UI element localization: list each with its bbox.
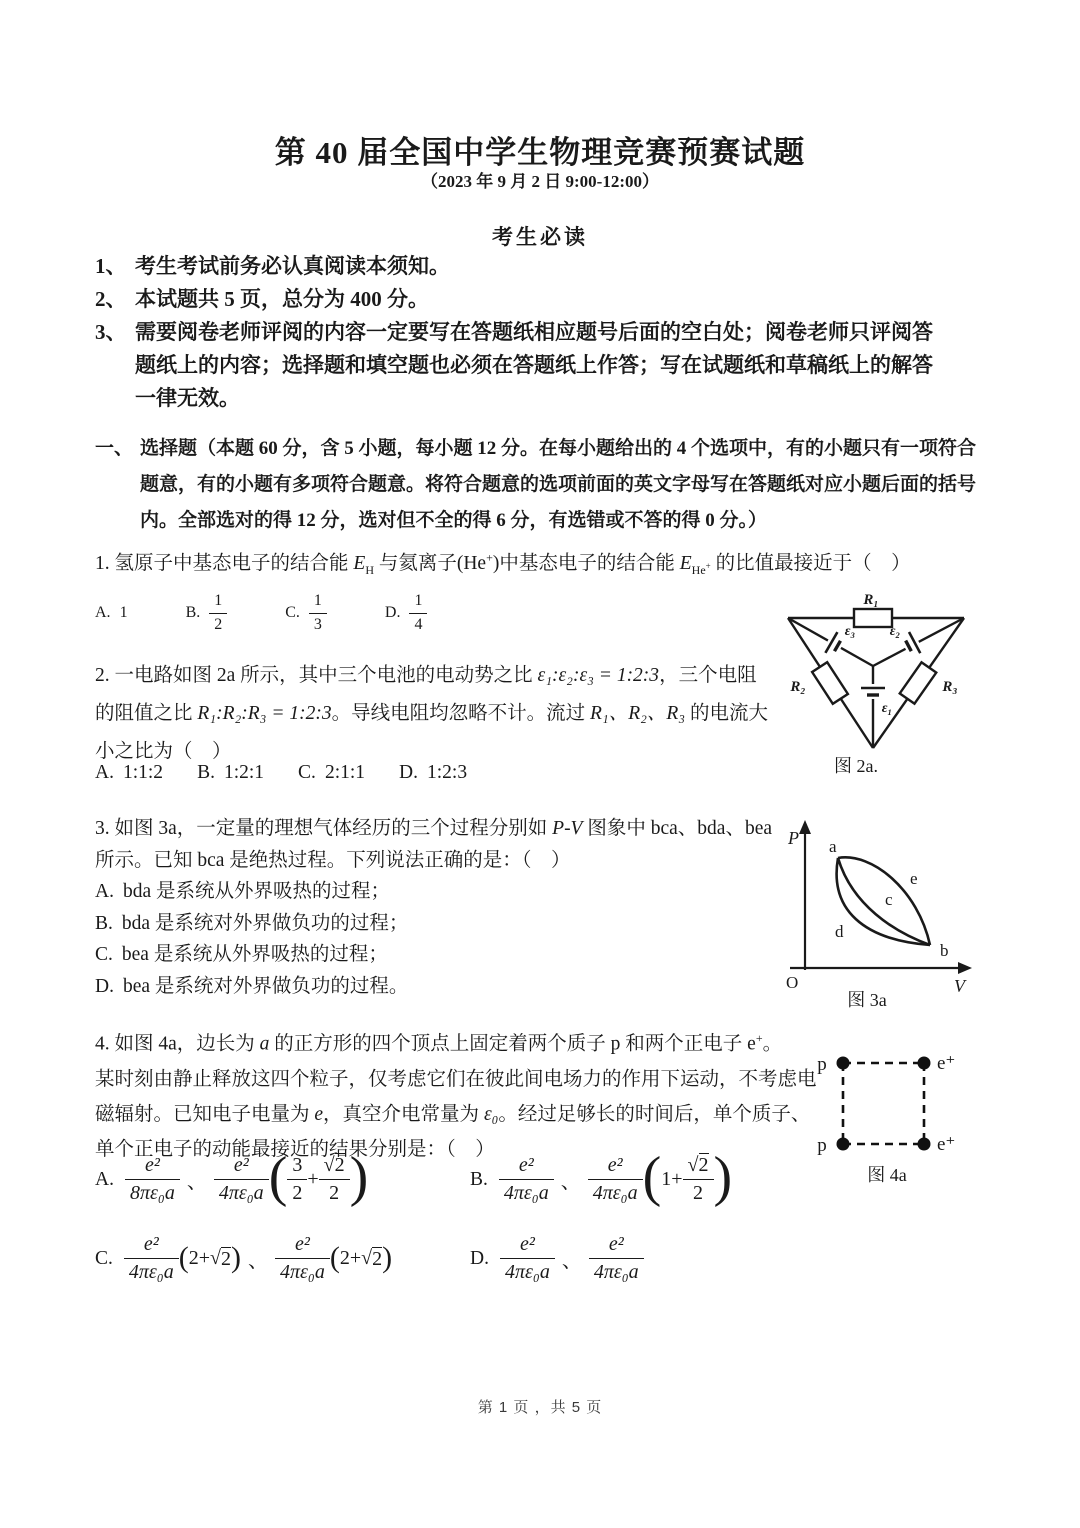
fraction-denominator: 4πε₀a [124, 1258, 179, 1283]
fraction-numerator: e² [589, 1234, 644, 1258]
option-label: C. [95, 944, 113, 965]
option-label: A. [95, 881, 114, 902]
question-1-text: 1. 氢原子中基态电子的结合能 [95, 553, 353, 574]
radical-sign: √ [688, 1154, 699, 1176]
option-label: D. [470, 1248, 489, 1270]
proton-dot [837, 1057, 850, 1070]
paren-prefix: 2+ [340, 1247, 361, 1270]
radical-argument: 2 [372, 1247, 382, 1271]
label-r3: R₃ [941, 679, 957, 695]
radical-argument: 2 [699, 1153, 709, 1176]
fraction-numerator: e² [500, 1234, 555, 1258]
fraction-numerator: 1 [409, 593, 427, 613]
resistor-r1-symbol [854, 609, 892, 627]
option-text: bea 是系统从外界吸热的过程； [122, 944, 388, 965]
positron-dot [918, 1057, 931, 1070]
fraction-denominator: 4 [409, 613, 427, 634]
question-2-options: A.1:1:2 B.1:2:1 C.2:1:1 D.1:2:3 [95, 762, 467, 784]
option-value: 2:1:1 [325, 762, 365, 783]
fraction-denominator: 4πε₀a [499, 1179, 554, 1204]
question-4-text: 某时刻由静止释放这四个粒子，仅考虑它们在彼此间电场力的作用下运动，不考虑电 [95, 1062, 817, 1097]
question-4-text: 。经过足够长的时间后，单个质子、 [498, 1104, 810, 1125]
notice-item-text: 一律无效。 [135, 382, 933, 415]
notice-heading: 考生必读 [0, 221, 1080, 251]
option-a: A.1:1:2 [95, 762, 163, 784]
pv-symbol: P-V [552, 818, 582, 839]
fraction-numerator: e² [275, 1234, 330, 1258]
option-b: B. e²4πε₀a 、 e²4πε₀a ( 1+ √22 ) [470, 1155, 732, 1204]
notice-item-text: 本试题共 5 页，总分为 400 分。 [135, 283, 429, 316]
label-p-axis: P [787, 828, 799, 848]
question-4-options-row-2: C. e²4πε₀a ( 2+√2 ) 、 e²4πε₀a ( 2+√2 ) D… [95, 1234, 392, 1306]
label-e1: ε₁ [882, 701, 893, 716]
question-1-text: 的比值最接近于（ ） [711, 553, 911, 574]
fraction-denominator: 2 [209, 613, 227, 634]
figure-4a-square: p p e⁺ e⁺ 图 4a [790, 1040, 1000, 1195]
proton-dot [837, 1138, 850, 1151]
question-2-text: ，三个电阻 [659, 665, 757, 686]
question-1-text: )中基态电子的结合能 [493, 553, 680, 574]
option-label: C. [298, 762, 316, 783]
option-a: A.1 [95, 604, 128, 622]
label-point-a: a [829, 837, 837, 856]
notice-item-text: 题纸上的内容；选择题和填空题也必须在答题纸上作答；写在试题纸和草稿纸上的解答 [135, 349, 933, 382]
option-value: 1:1:2 [123, 762, 163, 783]
notice-item-text: 考生考试前务必认真阅读本须知。 [135, 250, 450, 283]
figure-3a-pv-diagram: P V O a b c d e 图 3a [772, 810, 987, 1015]
exam-subtitle: （2023 年 9 月 2 日 9:00-12:00） [0, 167, 1080, 192]
exam-title: 第 40 届全国中学生物理竞赛预赛试题 [0, 127, 1080, 172]
question-1-options: A.1 B.12 C.13 D.14 [95, 585, 427, 641]
question-3-text: 图象中 bca、bda、bea [582, 818, 772, 839]
option-b: B.12 [186, 593, 228, 634]
resistor-list: R₁、R₂、R₃ [590, 703, 685, 724]
fraction-denominator: 4πε₀a [588, 1179, 643, 1204]
option-b: B.bda 是系统对外界做负功的过程； [95, 908, 772, 940]
figure-4a-caption: 图 4a [867, 1165, 907, 1185]
option-a: A.bda 是系统从外界吸热的过程； [95, 876, 772, 908]
page-footer: 第 1 页 ，共 5 页 [0, 1396, 1080, 1417]
option-b: B.1:2:1 [197, 762, 264, 784]
label-point-b: b [940, 941, 949, 960]
fraction-denominator: 4πε₀a [214, 1179, 269, 1204]
separator: 、 [562, 1244, 582, 1273]
subscript-He-text: He [692, 563, 706, 577]
option-label: A. [95, 604, 111, 621]
option-label: C. [95, 1248, 113, 1270]
option-label: B. [197, 762, 215, 783]
superscript-plus: + [756, 1031, 763, 1045]
paren-prefix: 1+ [661, 1168, 682, 1191]
question-4-text: 磁辐射。已知电子电量为 [95, 1104, 314, 1125]
question-2: 2. 一电路如图 2a 所示，其中三个电池的电动势之比 ε₁:ε₂:ε₃ = 1… [95, 657, 768, 771]
radical-sign: √ [324, 1154, 335, 1176]
question-4-text: ，真空介电常量为 [323, 1104, 484, 1125]
option-label: B. [470, 1169, 488, 1191]
radical-argument: 2 [221, 1247, 231, 1271]
option-label: B. [186, 604, 201, 621]
notice-item: 1、 考生考试前务必认真阅读本须知。 [95, 250, 933, 283]
option-c: C.13 [285, 593, 327, 634]
question-4-text: 。 [763, 1034, 783, 1055]
label-v-axis: V [954, 976, 967, 996]
section-text: 选择题（本题 60 分，含 5 小题，每小题 12 分。在每小题给出的 4 个选… [140, 431, 976, 467]
label-r2: R₂ [789, 679, 805, 695]
fraction-denominator: 2 [683, 1179, 714, 1204]
question-3-text: 3. 如图 3a，一定量的理想气体经历的三个过程分别如 [95, 818, 552, 839]
fraction-numerator: e² [125, 1155, 180, 1179]
plus-sign: + [307, 1168, 318, 1191]
symbol-E: E [353, 553, 365, 574]
option-d: D.bea 是系统对外界做负功的过程。 [95, 971, 772, 1003]
option-label: A. [95, 1169, 114, 1191]
figure-2a-circuit: R₁ R₂ R₃ ε₃ ε₂ ε₁ 图 2a. [768, 578, 1008, 783]
superscript-plus: + [486, 551, 493, 565]
option-d: D.1:2:3 [399, 762, 467, 784]
fraction-numerator: e² [214, 1155, 269, 1179]
option-label: A. [95, 762, 114, 783]
symbol-epsilon0: ε₀ [484, 1104, 498, 1125]
option-label: D. [399, 762, 418, 783]
fraction-denominator: 3 [309, 613, 327, 634]
exam-page: 第 40 届全国中学生物理竞赛预赛试题 （2023 年 9 月 2 日 9:00… [0, 0, 1080, 1528]
fraction-numerator: e² [588, 1155, 643, 1179]
option-d: D.14 [385, 593, 428, 634]
subscript-He: He+ [692, 563, 711, 577]
option-text: bda 是系统对外界做负功的过程； [122, 913, 409, 934]
question-2-text: 2. 一电路如图 2a 所示，其中三个电池的电动势之比 [95, 665, 538, 686]
battery-e1-symbol [860, 684, 886, 699]
question-4: 4. 如图 4a，边长为 a 的正方形的四个顶点上固定着两个质子 p 和两个正电… [95, 1021, 817, 1167]
option-label: C. [285, 604, 300, 621]
label-point-c: c [885, 890, 893, 909]
symbol-a: a [260, 1034, 270, 1055]
option-value: 1 [120, 604, 128, 621]
positron-dot [918, 1138, 931, 1151]
battery-e3-symbol [821, 629, 847, 659]
question-4-options-row-1: A. e²8πε₀a 、 e²4πε₀a ( 32 + √22 ) B. e²4… [95, 1155, 368, 1227]
radical-sign: √ [361, 1247, 372, 1270]
label-proton-top: p [817, 1054, 827, 1075]
separator: 、 [561, 1165, 581, 1194]
resistor-r2-symbol [812, 662, 848, 704]
subscript-H: H [365, 563, 374, 577]
notice-item: 3、 需要阅卷老师评阅的内容一定要写在答题纸相应题号后面的空白处；阅卷老师只评阅… [95, 316, 933, 415]
option-label: B. [95, 913, 113, 934]
option-value: 1:2:3 [427, 762, 467, 783]
section-number: 一、 [95, 431, 140, 467]
notice-item-text: 需要阅卷老师评阅的内容一定要写在答题纸相应题号后面的空白处；阅卷老师只评阅答 [135, 316, 933, 349]
fraction-numerator: 3 [287, 1155, 307, 1179]
label-e2: ε₂ [890, 624, 901, 639]
label-point-d: d [835, 922, 844, 941]
fraction-denominator: 4πε₀a [500, 1258, 555, 1283]
label-point-e: e [910, 869, 918, 888]
fraction-denominator: 4πε₀a [589, 1258, 644, 1283]
fraction-numerator: 1 [309, 593, 327, 613]
label-r1: R₁ [862, 592, 878, 608]
label-origin: O [786, 973, 798, 992]
fraction-numerator: e² [124, 1234, 179, 1258]
radical-sign: √ [210, 1247, 221, 1270]
question-3: 3. 如图 3a，一定量的理想气体经历的三个过程分别如 P-V 图象中 bca、… [95, 813, 772, 1002]
battery-e2-symbol [899, 629, 924, 659]
fraction-denominator: 2 [319, 1179, 350, 1204]
figure-2a-caption: 图 2a. [834, 756, 878, 776]
fraction-numerator: e² [499, 1155, 554, 1179]
question-1-text: 与氦离子(He [374, 553, 486, 574]
notice-item-number: 1、 [95, 250, 135, 283]
question-1: 1. 氢原子中基态电子的结合能 EH 与氦离子(He+)中基态电子的结合能 EH… [95, 547, 911, 578]
option-text: bea 是系统对外界做负功的过程。 [123, 976, 408, 997]
emf-ratio: ε₁:ε₂:ε₃ = 1:2:3 [538, 665, 660, 686]
figure-3a-caption: 图 3a [847, 990, 887, 1010]
option-c: C.2:1:1 [298, 762, 365, 784]
symbol-e: e [314, 1104, 323, 1125]
section-text: 题意，有的小题有多项符合题意。将符合题意的选项前面的英文字母写在答题纸对应小题后… [140, 467, 976, 503]
option-c: C. e²4πε₀a ( 2+√2 ) 、 e²4πε₀a ( 2+√2 ) [95, 1234, 392, 1283]
option-label: D. [385, 604, 401, 621]
resistor-r3-symbol [900, 662, 937, 703]
notice-item: 2、 本试题共 5 页，总分为 400 分。 [95, 283, 933, 316]
question-4-text: 4. 如图 4a，边长为 [95, 1034, 260, 1055]
question-2-text: 。导线电阻均忽略不计。流过 [332, 703, 590, 724]
question-2-text: 的阻值之比 [95, 703, 197, 724]
notice-list: 1、 考生考试前务必认真阅读本须知。 2、 本试题共 5 页，总分为 400 分… [95, 250, 933, 415]
separator: 、 [248, 1244, 268, 1273]
section-text: 内。全部选对的得 12 分，选对但不全的得 6 分，有选错或不答的得 0 分。） [140, 503, 976, 539]
fraction-denominator: 8πε₀a [125, 1179, 180, 1204]
notice-item-number: 2、 [95, 283, 135, 316]
question-3-text: 所示。已知 bca 是绝热过程。下列说法正确的是：（ ） [95, 845, 772, 877]
p-axis-arrow [799, 820, 811, 834]
label-positron-bottom: e⁺ [937, 1134, 955, 1155]
resistance-ratio: R₁:R₂:R₃ = 1:2:3 [197, 703, 331, 724]
question-2-text: 的电流大 [685, 703, 768, 724]
separator: 、 [187, 1165, 207, 1194]
section-1-header: 一、 选择题（本题 60 分，含 5 小题，每小题 12 分。在每小题给出的 4… [95, 431, 976, 539]
option-text: bda 是系统从外界吸热的过程； [123, 881, 390, 902]
fraction-denominator: 4πε₀a [275, 1258, 330, 1283]
option-value: 1:2:1 [224, 762, 264, 783]
v-axis-arrow [958, 962, 972, 974]
paren-prefix: 2+ [189, 1247, 210, 1270]
symbol-E: E [680, 553, 692, 574]
label-e3: ε₃ [845, 624, 856, 639]
fraction-denominator: 2 [287, 1179, 307, 1204]
option-c: C.bea 是系统从外界吸热的过程； [95, 939, 772, 971]
fraction-numerator: 1 [209, 593, 227, 613]
option-a: A. e²8πε₀a 、 e²4πε₀a ( 32 + √22 ) [95, 1155, 368, 1204]
label-positron-top: e⁺ [937, 1053, 955, 1074]
question-4-text: 的正方形的四个顶点上固定着两个质子 p 和两个正电子 e [269, 1034, 755, 1055]
option-d: D. e²4πε₀a 、 e²4πε₀a [470, 1234, 644, 1283]
label-proton-bottom: p [817, 1135, 827, 1156]
radical-argument: 2 [335, 1153, 345, 1176]
option-label: D. [95, 976, 114, 997]
notice-item-number: 3、 [95, 316, 135, 349]
